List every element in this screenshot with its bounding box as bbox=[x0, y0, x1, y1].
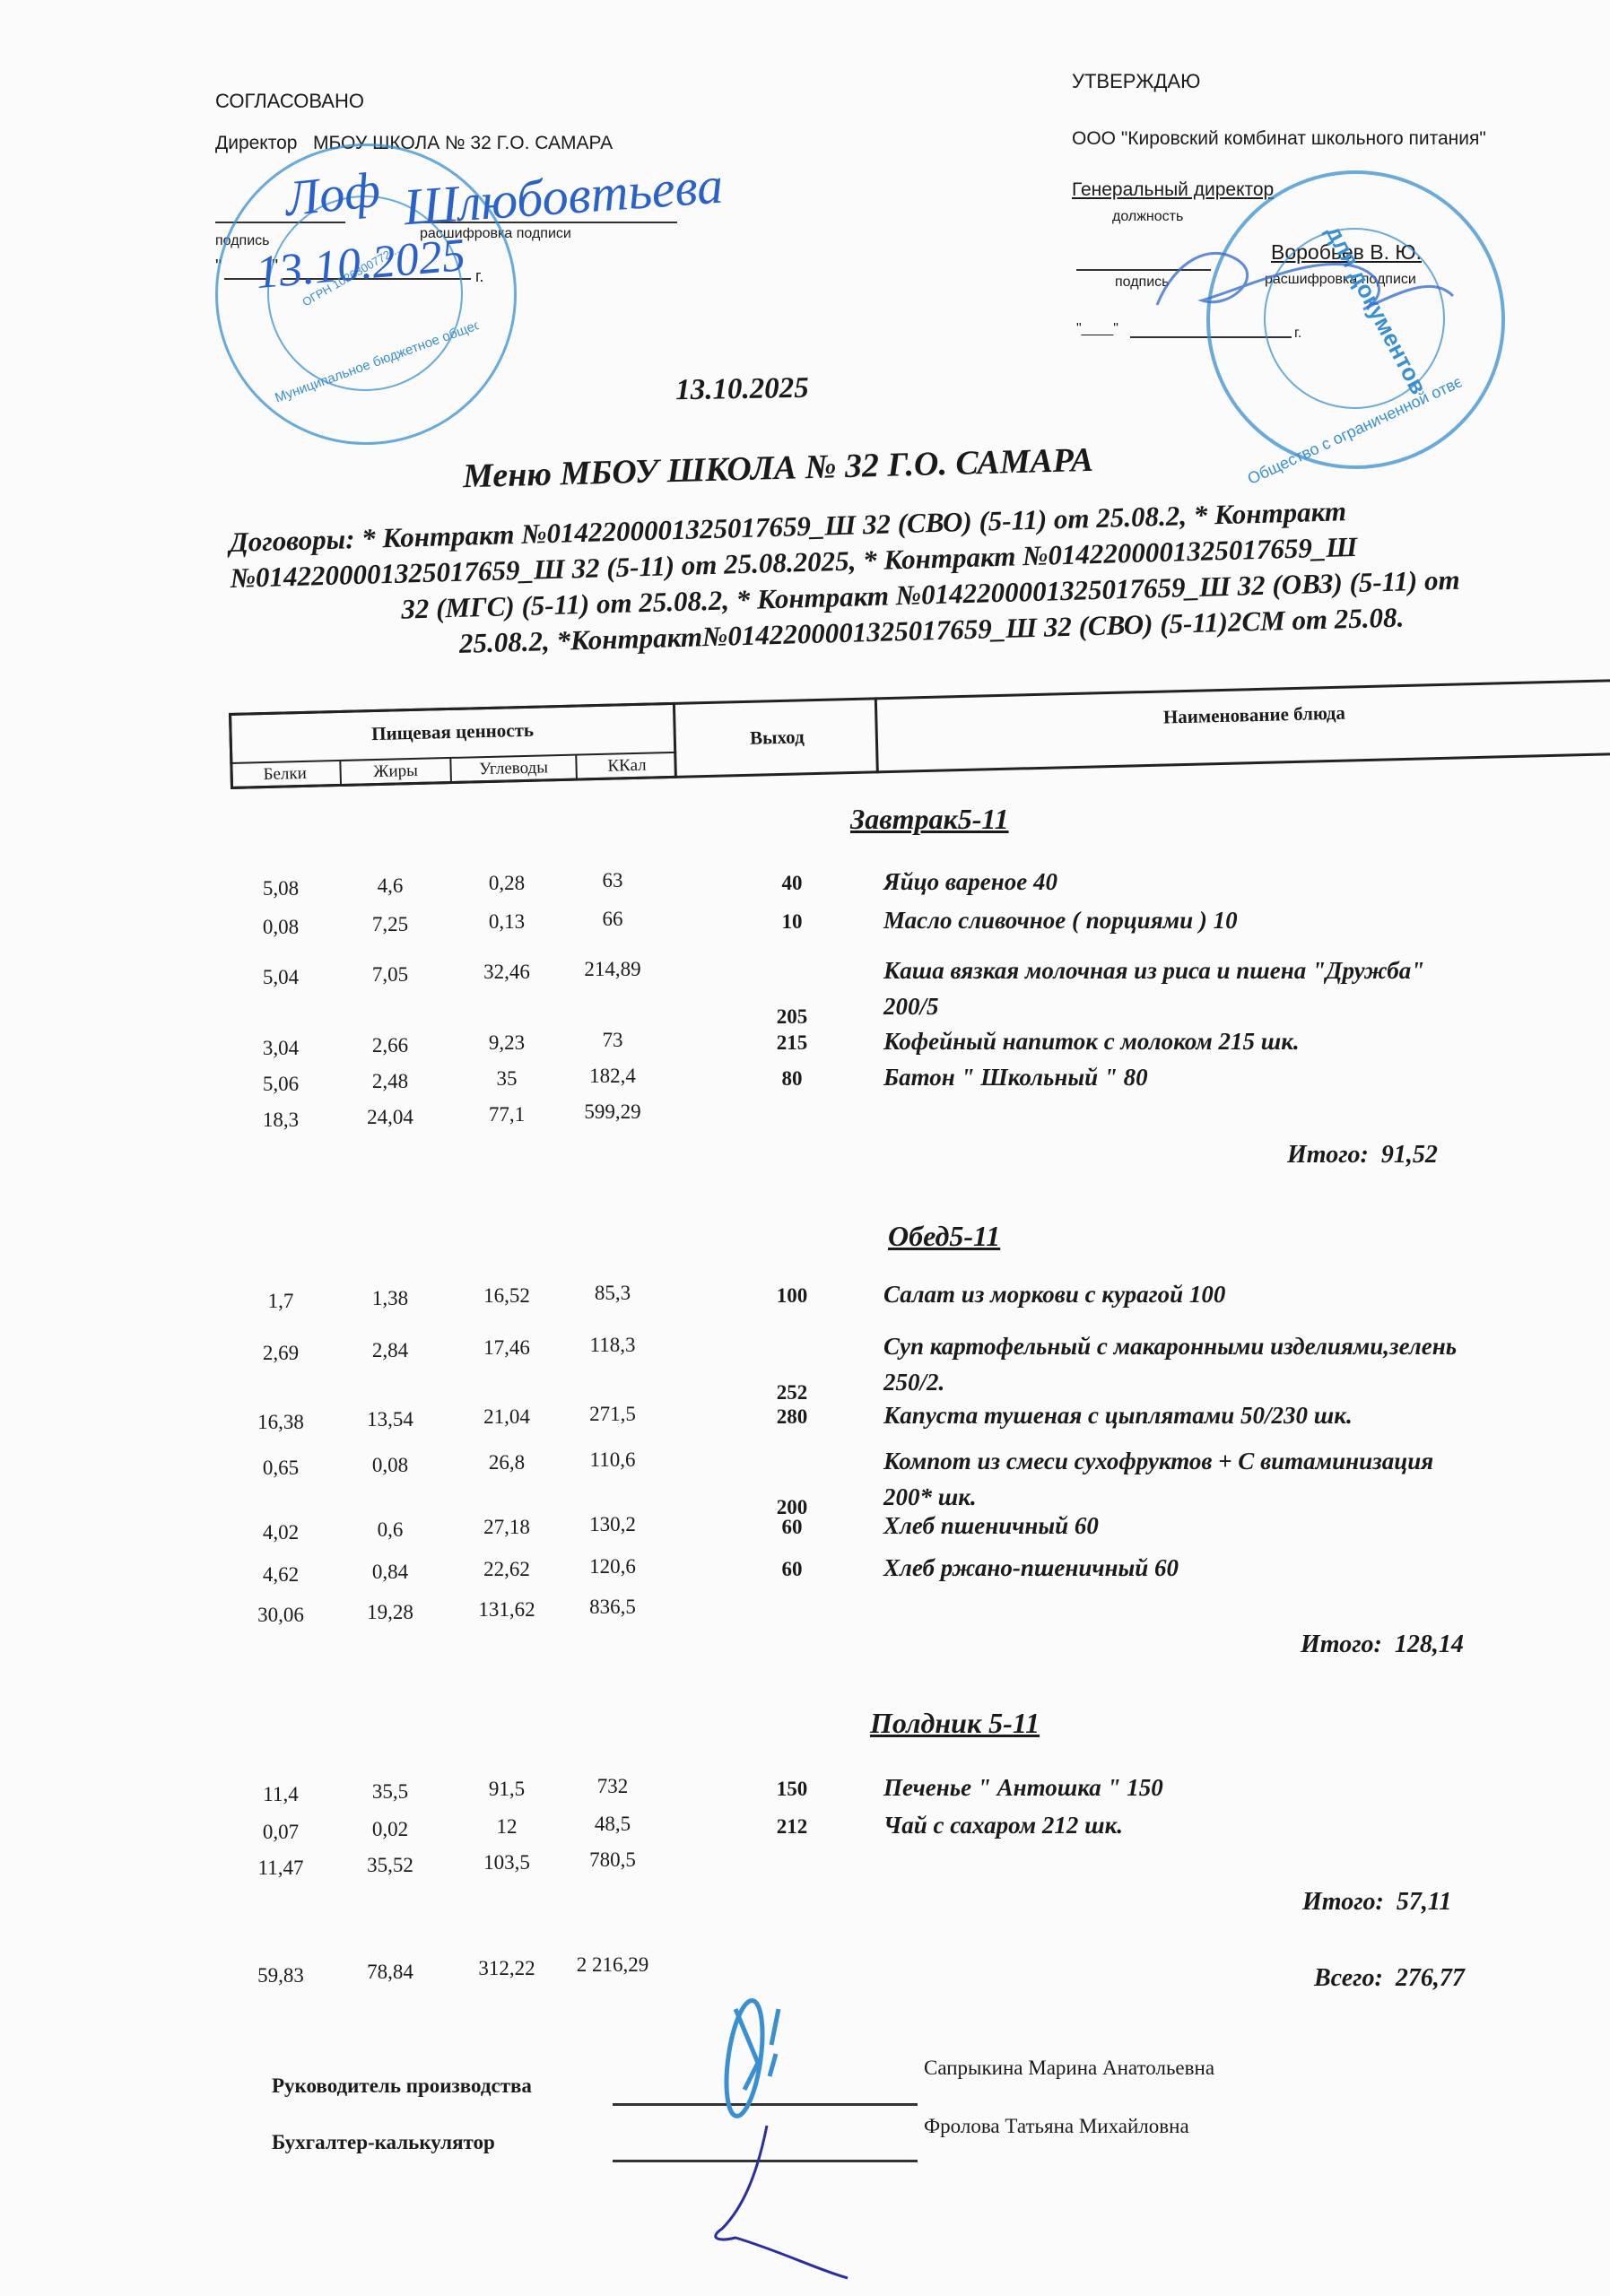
nutrition-value-kcal: 120,6 bbox=[563, 1555, 662, 1578]
nutrition-value-kcal: 271,5 bbox=[563, 1403, 662, 1426]
nutrition-value-proteins: 1,7 bbox=[231, 1290, 330, 1313]
nutrition-value-fats: 2,48 bbox=[341, 1070, 439, 1093]
nutrition-value-fats: 4,6 bbox=[341, 874, 439, 898]
nutrition-value-carbs: 27,18 bbox=[457, 1516, 556, 1539]
section-sum-proteins: 30,06 bbox=[231, 1604, 330, 1627]
dish-name: Каша вязкая молочная из риса и пшена "Др… bbox=[883, 957, 1424, 985]
dish-output: 60 bbox=[752, 1516, 832, 1539]
section-sum-carbs: 77,1 bbox=[457, 1103, 556, 1126]
section-sum-carbs: 103,5 bbox=[457, 1851, 556, 1874]
dish-output: 280 bbox=[752, 1405, 832, 1429]
dish-output: 60 bbox=[752, 1558, 832, 1581]
approve-heading: УТВЕРЖДАЮ bbox=[1072, 70, 1200, 93]
header-proteins: Белки bbox=[230, 760, 340, 789]
production-signatures bbox=[682, 1991, 951, 2287]
nutrition-value-proteins: 5,06 bbox=[231, 1073, 330, 1096]
signature-role: Руководитель производства bbox=[272, 2074, 532, 2098]
nutrition-value-carbs: 17,46 bbox=[457, 1336, 556, 1360]
dish-output: 252 bbox=[752, 1381, 832, 1405]
section-total-value: 57,11 bbox=[1397, 1888, 1451, 1916]
table-header: Пищевая ценность Белки Жиры Углеводы ККа… bbox=[229, 679, 1610, 789]
dish-output: 80 bbox=[752, 1067, 832, 1091]
nutrition-value-fats: 0,08 bbox=[341, 1454, 439, 1477]
section-sum-fats: 24,04 bbox=[341, 1106, 439, 1129]
nutrition-value-carbs: 91,5 bbox=[457, 1778, 556, 1801]
handwritten-name: Шлюбовтьева bbox=[402, 155, 725, 238]
nutrition-value-kcal: 182,4 bbox=[563, 1065, 662, 1088]
header-kcal: ККал bbox=[577, 752, 677, 781]
dish-name: 200* шк. bbox=[883, 1483, 977, 1511]
grand-total: Всего: 276,77 bbox=[1314, 1964, 1465, 1993]
grand-total-value: 276,77 bbox=[1396, 1964, 1465, 1992]
dish-output: 100 bbox=[752, 1284, 832, 1308]
dish-name: Масло сливочное ( порциями ) 10 bbox=[883, 907, 1238, 935]
signature-name: Фролова Татьяна Михайловна bbox=[924, 2115, 1189, 2138]
dish-name: 200/5 bbox=[883, 993, 939, 1021]
director-signature bbox=[1139, 224, 1462, 350]
dish-name: Хлеб ржано-пшеничный 60 bbox=[883, 1554, 1179, 1582]
nutrition-value-carbs: 16,52 bbox=[457, 1284, 556, 1308]
nutrition-value-proteins: 11,4 bbox=[231, 1783, 330, 1806]
section-sum-proteins: 18,3 bbox=[231, 1109, 330, 1132]
approval-heading: СОГЛАСОВАНО bbox=[215, 90, 364, 113]
nutrition-value-kcal: 48,5 bbox=[563, 1813, 662, 1836]
dish-name: Яйцо вареное 40 bbox=[883, 868, 1057, 896]
nutrition-value-kcal: 110,6 bbox=[563, 1448, 662, 1472]
nutrition-value-fats: 35,5 bbox=[341, 1780, 439, 1804]
nutrition-value-kcal: 85,3 bbox=[563, 1282, 662, 1305]
nutrition-value-proteins: 5,04 bbox=[231, 966, 330, 989]
nutrition-value-fats: 0,02 bbox=[341, 1818, 439, 1841]
nutrition-value-kcal: 732 bbox=[563, 1775, 662, 1798]
header-output: Выход bbox=[675, 697, 879, 778]
grand-total-carbs: 312,22 bbox=[457, 1957, 556, 1980]
nutrition-value-carbs: 32,46 bbox=[457, 961, 556, 984]
nutrition-value-fats: 0,84 bbox=[341, 1561, 439, 1584]
section-total: Итого: 128,14 bbox=[1301, 1631, 1464, 1659]
section-total: Итого: 91,52 bbox=[1287, 1141, 1438, 1170]
nutrition-value-carbs: 9,23 bbox=[457, 1031, 556, 1055]
dish-name: Компот из смеси сухофруктов + С витамини… bbox=[883, 1448, 1433, 1475]
nutrition-value-proteins: 16,38 bbox=[231, 1411, 330, 1434]
section-title: Завтрак5-11 bbox=[850, 803, 1009, 836]
grand-total-kcal: 2 216,29 bbox=[563, 1953, 662, 1977]
nutrition-value-carbs: 12 bbox=[457, 1815, 556, 1839]
dish-name: Салат из моркови с курагой 100 bbox=[883, 1281, 1225, 1309]
dish-name: Чай с сахаром 212 шк. bbox=[883, 1812, 1123, 1839]
nutrition-value-proteins: 4,62 bbox=[231, 1563, 330, 1587]
section-sum-fats: 35,52 bbox=[341, 1854, 439, 1877]
approve-position: Генеральный директор bbox=[1072, 179, 1274, 201]
section-total-label: Итого: bbox=[1301, 1631, 1382, 1658]
section-sum-kcal: 836,5 bbox=[563, 1596, 662, 1619]
date-quote: "____" bbox=[1076, 321, 1118, 337]
position-caption: должность bbox=[1112, 209, 1183, 225]
section-sum-kcal: 780,5 bbox=[563, 1848, 662, 1872]
dish-name: Печенье " Антошка " 150 bbox=[883, 1774, 1163, 1802]
nutrition-value-carbs: 26,8 bbox=[457, 1451, 556, 1474]
handwritten-initials: Лоф bbox=[283, 161, 383, 229]
dish-output: 215 bbox=[752, 1031, 832, 1055]
nutrition-value-carbs: 0,28 bbox=[457, 872, 556, 895]
header-fats: Жиры bbox=[341, 757, 450, 787]
section-sum-kcal: 599,29 bbox=[563, 1100, 662, 1124]
section-total-label: Итого: bbox=[1302, 1888, 1384, 1916]
nutrition-value-fats: 0,6 bbox=[341, 1518, 439, 1542]
grand-total-label: Всего: bbox=[1314, 1964, 1383, 1992]
nutrition-value-kcal: 73 bbox=[563, 1029, 662, 1052]
nutrition-value-proteins: 0,65 bbox=[231, 1457, 330, 1480]
grand-total-proteins: 59,83 bbox=[231, 1964, 330, 1987]
contracts-list: Договоры: * Контракт №014220000132501765… bbox=[229, 485, 1610, 667]
nutrition-value-proteins: 3,04 bbox=[231, 1037, 330, 1060]
grand-total-fats: 78,84 bbox=[341, 1961, 439, 1984]
nutrition-value-fats: 2,84 bbox=[341, 1339, 439, 1362]
nutrition-value-carbs: 22,62 bbox=[457, 1558, 556, 1581]
section-total-label: Итого: bbox=[1287, 1141, 1369, 1169]
dish-name: Батон " Школьный " 80 bbox=[883, 1064, 1148, 1091]
nutrition-value-kcal: 118,3 bbox=[563, 1334, 662, 1357]
signature-role: Бухгалтер-калькулятор bbox=[272, 2131, 495, 2154]
signature-name: Сапрыкина Марина Анатольевна bbox=[924, 2057, 1214, 2080]
approval-position: Директор bbox=[215, 133, 297, 153]
dish-output: 10 bbox=[752, 910, 832, 934]
nutrition-value-proteins: 0,07 bbox=[231, 1821, 330, 1844]
nutrition-value-fats: 7,05 bbox=[341, 963, 439, 987]
nutrition-value-fats: 13,54 bbox=[341, 1408, 439, 1431]
dish-name: 250/2. bbox=[883, 1369, 944, 1396]
section-sum-fats: 19,28 bbox=[341, 1601, 439, 1624]
nutrition-value-kcal: 214,89 bbox=[563, 958, 662, 981]
section-title: Полдник 5-11 bbox=[870, 1707, 1040, 1740]
dish-output: 212 bbox=[752, 1815, 832, 1839]
nutrition-value-proteins: 2,69 bbox=[231, 1342, 330, 1365]
dish-output: 150 bbox=[752, 1778, 832, 1801]
section-title: Обед5-11 bbox=[888, 1220, 1000, 1253]
section-sum-carbs: 131,62 bbox=[457, 1598, 556, 1622]
section-total-value: 128,14 bbox=[1395, 1631, 1464, 1658]
nutrition-value-fats: 2,66 bbox=[341, 1034, 439, 1057]
section-sum-proteins: 11,47 bbox=[231, 1857, 330, 1880]
nutrition-value-proteins: 0,08 bbox=[231, 916, 330, 939]
dish-name: Капуста тушеная с цыплятами 50/230 шк. bbox=[883, 1402, 1353, 1430]
nutrition-value-fats: 1,38 bbox=[341, 1287, 439, 1310]
nutrition-value-fats: 7,25 bbox=[341, 913, 439, 936]
dish-name: Кофейный напиток с молоком 215 шк. bbox=[883, 1028, 1300, 1056]
approve-organization: ООО "Кировский комбинат школьного питани… bbox=[1072, 128, 1486, 150]
dish-output: 205 bbox=[752, 1005, 832, 1029]
nutrition-value-carbs: 0,13 bbox=[457, 910, 556, 934]
section-total: Итого: 57,11 bbox=[1302, 1888, 1451, 1917]
dish-name: Хлеб пшеничный 60 bbox=[883, 1512, 1099, 1540]
nutrition-value-proteins: 5,08 bbox=[231, 877, 330, 900]
nutrition-value-kcal: 63 bbox=[563, 869, 662, 892]
section-total-value: 91,52 bbox=[1381, 1141, 1438, 1169]
nutrition-value-proteins: 4,02 bbox=[231, 1521, 330, 1544]
dish-output: 40 bbox=[752, 872, 832, 895]
nutrition-value-carbs: 35 bbox=[457, 1067, 556, 1091]
nutrition-value-carbs: 21,04 bbox=[457, 1405, 556, 1429]
nutrition-value-kcal: 130,2 bbox=[563, 1513, 662, 1536]
nutrition-value-kcal: 66 bbox=[563, 908, 662, 931]
header-carbs: Углеводы bbox=[451, 754, 576, 784]
dish-name: Суп картофельный с макаронными изделиями… bbox=[883, 1333, 1457, 1361]
